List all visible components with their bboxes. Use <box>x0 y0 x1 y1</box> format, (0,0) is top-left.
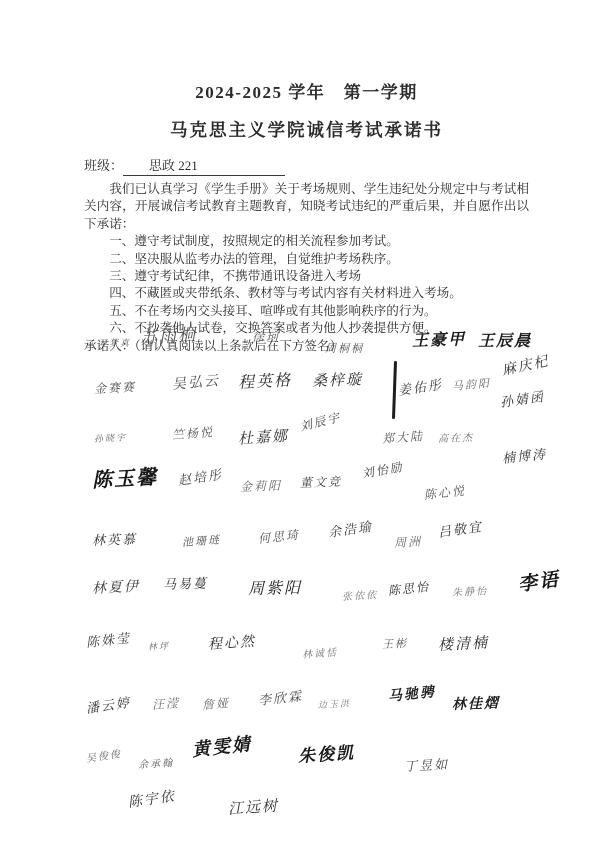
signer-instruction-line: 承诺人：（请认真阅读以上条款后在下方签名） <box>84 338 529 355</box>
signature: 汪滢 <box>151 694 180 713</box>
signature: 林坪 <box>148 639 171 653</box>
page-title: 马克思主义学院诚信考试承诺书 <box>84 117 529 142</box>
signature: 朱俊凯 <box>297 738 356 767</box>
signature: 林诚恬 <box>301 644 338 661</box>
commitment-item-1: 一、遵守考试制度，按照规定的相关流程参加考试。 <box>84 233 529 250</box>
signature: 边玉洪 <box>318 696 352 711</box>
signature: 马驰骋 <box>387 681 437 706</box>
signature: 李欣霖 <box>257 685 304 709</box>
stray-pen-mark <box>392 361 397 419</box>
signature: 赵培彤 <box>177 464 224 489</box>
signature: 陈宇依 <box>127 785 177 811</box>
signature: 潘云婷 <box>85 692 132 717</box>
signature: 黄雯婧 <box>191 730 253 762</box>
signature: 董文竞 <box>300 473 343 491</box>
term-title: 2024-2025 学年 第一学期 <box>84 78 529 103</box>
signature: 张依依 <box>342 586 379 603</box>
commitment-letter-page: 2024-2025 学年 第一学期 马克思主义学院诚信考试承诺书 班级：思政 2… <box>0 0 613 866</box>
signature: 姜佑彤 <box>397 374 444 399</box>
commitment-item-2: 二、坚决服从监考办法的管理，自觉维护考场秩序。 <box>84 251 529 268</box>
signature: 孙婧函 <box>499 386 546 411</box>
signature: 余承翰 <box>138 754 175 771</box>
signature: 刘怡励 <box>361 458 405 482</box>
signature: 何思琦 <box>257 526 301 547</box>
signature: 吴弘云 <box>171 370 221 394</box>
signature: 马韵阳 <box>451 375 491 394</box>
signature: 陈思怡 <box>387 578 431 599</box>
signature: 陈姝莹 <box>85 627 132 651</box>
signature: 林英慕 <box>92 528 138 549</box>
signature: 杜嘉娜 <box>237 424 289 449</box>
signature: 楼清楠 <box>437 631 489 655</box>
signature: 程英格 <box>237 367 292 393</box>
signature: 林佳熠 <box>452 692 501 714</box>
signature: 朱静怡 <box>452 582 489 599</box>
signature: 孙晓宇 <box>94 430 128 445</box>
signature: 池珊琏 <box>181 531 221 550</box>
signature: 林夏伊 <box>91 576 140 598</box>
signature: 吴俊俊 <box>85 745 123 765</box>
signature: 桑梓璇 <box>312 368 364 391</box>
signature: 刘辰宇 <box>298 408 343 435</box>
signature: 周洲 <box>394 533 423 551</box>
signature: 余浩瑜 <box>327 516 374 541</box>
signature: 陈心悦 <box>423 482 467 503</box>
signature: 陈玉馨 <box>91 461 158 493</box>
signature: 丁昱如 <box>404 754 450 775</box>
signature: 李语 <box>516 564 561 597</box>
commitment-item-6: 六、不抄袭他人试卷，交换答案或者为他人抄袭提供方便。 <box>84 320 529 337</box>
signature: 竺杨悦 <box>171 423 214 443</box>
signature: 吕敬宜 <box>437 516 484 541</box>
signature: 马易蔓 <box>163 572 209 593</box>
signature: 郑大陆 <box>381 427 424 447</box>
commitment-item-5: 五、不在考场内交头接耳、喧哗或有其他影响秩序的行为。 <box>84 303 529 320</box>
document-body: 2024-2025 学年 第一学期 马克思主义学院诚信考试承诺书 班级：思政 2… <box>0 0 613 355</box>
signature: 高在杰 <box>438 429 475 445</box>
signature: 周紫阳 <box>248 575 302 599</box>
class-value-field: 思政 221 <box>123 155 285 176</box>
commitment-item-4: 四、不藏匿或夹带纸条、教材等与考试内容有关材料进入考场。 <box>84 285 529 302</box>
commitment-item-3: 三、遵守考试纪律，不携带通讯设备进入考场 <box>84 268 529 285</box>
class-label: 班级： <box>84 158 123 173</box>
class-line: 班级：思政 221 <box>84 155 529 176</box>
signature: 程心然 <box>207 631 256 654</box>
signature: 江远树 <box>227 794 279 819</box>
signature: 詹娅 <box>201 694 230 713</box>
intro-paragraph: 我们已认真学习《学生手册》关于考场规则、学生违纪处分规定中与考试相关内容，开展诚… <box>84 181 529 233</box>
signature: 金赛赛 <box>94 378 137 397</box>
signature: 楠博涛 <box>501 443 548 467</box>
signature: 王彬 <box>382 635 409 652</box>
signature: 金莉阳 <box>240 477 283 495</box>
